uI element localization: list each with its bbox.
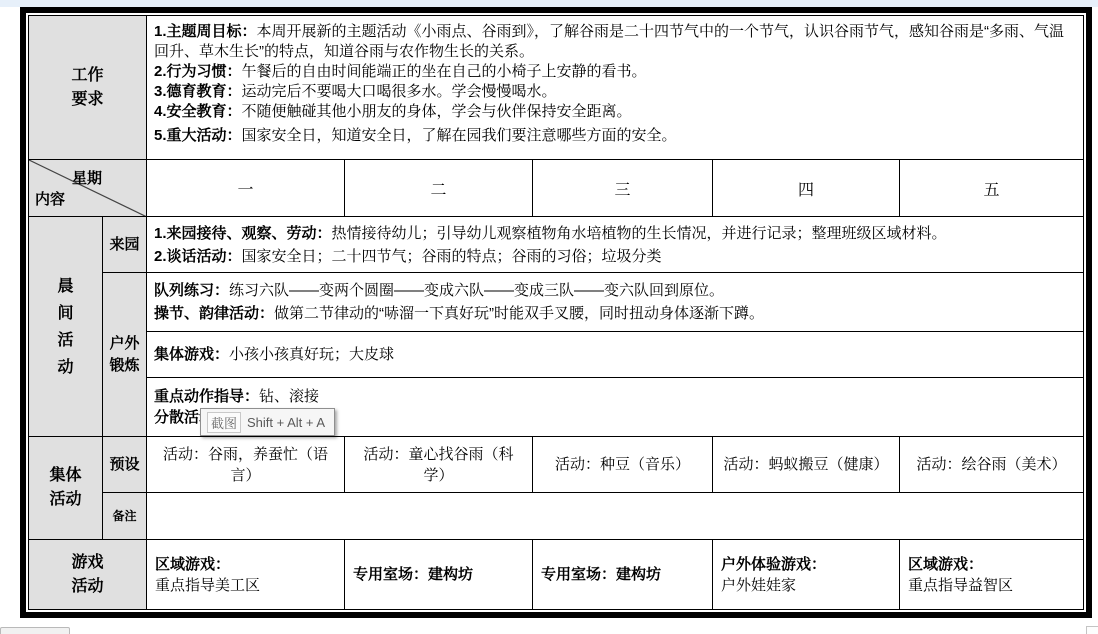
drill-item: 队列练习：练习六队——变两个圆圈——变成六队——变成三队——变六队回到原位。 bbox=[154, 279, 1076, 302]
preset-cell-tue: 活动：童心找谷雨（科学） bbox=[345, 437, 533, 493]
arrival-content-cell: 1.来园接待、观察、劳动：热情接待幼儿；引导幼儿观察植物角水培植物的生长情况，并… bbox=[147, 217, 1083, 273]
work-item-text: 运动完后不要喝大口喝很多水。学会慢慢喝水。 bbox=[242, 83, 557, 100]
work-item: 3.德育教育：运动完后不要喝大口喝很多水。学会慢慢喝水。 bbox=[154, 82, 1076, 102]
arrival-item: 2.谈话活动：国家安全日；二十四节气；谷雨的特点；谷雨的习俗；垃圾分类 bbox=[154, 245, 1076, 268]
games-label-line2: 活动 bbox=[71, 575, 103, 599]
day-header-wed: 三 bbox=[533, 160, 713, 217]
work-item-text: 国家安全日，知道安全日，了解在园我们要注意哪些方面的安全。 bbox=[242, 127, 677, 144]
preset-label: 预设 bbox=[109, 454, 139, 476]
note-label-cell: 备注 bbox=[103, 493, 147, 540]
games-label-line1: 游戏 bbox=[71, 551, 103, 575]
work-requirements-content-cell: 1.主题周目标：本周开展新的主题活动《小雨点、谷雨到》，了解谷雨是二十四节气中的… bbox=[147, 16, 1083, 160]
screenshot-shortcut-text: Shift + Alt + A bbox=[247, 415, 325, 430]
screenshot-chip-label: 截图 bbox=[207, 412, 241, 433]
key-action-label: 重点动作指导： bbox=[154, 388, 259, 405]
drill-item-label: 操节、韵律活动： bbox=[154, 305, 274, 322]
window-top-strip bbox=[0, 0, 1098, 7]
morning-label-char: 间 bbox=[57, 300, 73, 327]
drill-item: 操节、韵律活动：做第二节律动的“哧溜一下真好玩”时能双手叉腰，同时扭动身体逐渐下… bbox=[154, 302, 1076, 325]
drill-item-text: 练习六队——变两个圆圈——变成六队——变成三队——变六队回到原位。 bbox=[229, 282, 724, 299]
group-game-label: 集体游戏： bbox=[154, 346, 229, 363]
note-label: 备注 bbox=[112, 508, 136, 524]
weekly-plan-table-frame: 工作 要求 1.主题周目标：本周开展新的主题活动《小雨点、谷雨到》，了解谷雨是二… bbox=[20, 7, 1092, 618]
arrival-item: 1.来园接待、观察、劳动：热情接待幼儿；引导幼儿观察植物角水培植物的生长情况，并… bbox=[154, 222, 1076, 245]
preset-cell-thu: 活动：蚂蚁搬豆（健康） bbox=[713, 437, 900, 493]
week-header-label: 星期 bbox=[72, 167, 102, 188]
group-game-text: 小孩小孩真好玩；大皮球 bbox=[229, 346, 394, 363]
arrival-label: 来园 bbox=[109, 234, 139, 256]
work-item-text: 不随便触碰其他小朋友的身体，学会与伙伴保持安全距离。 bbox=[242, 103, 632, 120]
preset-cell-mon: 活动：谷雨，养蚕忙（语言） bbox=[147, 437, 345, 493]
work-item: 1.主题周目标：本周开展新的主题活动《小雨点、谷雨到》，了解谷雨是二十四节气中的… bbox=[154, 22, 1076, 62]
outdoor-exercise-label-cell: 户外 锻炼 bbox=[103, 273, 147, 437]
group-game-content-cell: 集体游戏：小孩小孩真好玩；大皮球 bbox=[147, 332, 1083, 378]
key-action-item: 重点动作指导：钻、滚接 bbox=[154, 386, 1076, 407]
arrival-item-text: 热情接待幼儿；引导幼儿观察植物角水培植物的生长情况，并进行记录；整理班级区域材料… bbox=[332, 225, 947, 242]
game-cell-fri: 区域游戏： 重点指导益智区 bbox=[900, 540, 1083, 609]
game-detail: 户外娃娃家 bbox=[721, 575, 796, 596]
group-game-item: 集体游戏：小孩小孩真好玩；大皮球 bbox=[154, 343, 1076, 366]
key-action-text: 钻、滚接 bbox=[259, 388, 319, 405]
game-detail: 重点指导益智区 bbox=[908, 575, 1013, 596]
day-header-fri: 五 bbox=[900, 160, 1083, 217]
note-content-cell bbox=[147, 493, 1083, 540]
game-cell-mon: 区域游戏： 重点指导美工区 bbox=[147, 540, 345, 609]
game-cell-thu: 户外体验游戏： 户外娃娃家 bbox=[713, 540, 900, 609]
document-page: 工作 要求 1.主题周目标：本周开展新的主题活动《小雨点、谷雨到》，了解谷雨是二… bbox=[0, 0, 1098, 634]
content-header-label: 内容 bbox=[35, 188, 65, 209]
collective-activity-label-cell: 集体 活动 bbox=[29, 437, 103, 540]
bottom-right-ui-fragment bbox=[1086, 626, 1098, 634]
drill-content-cell: 队列练习：练习六队——变两个圆圈——变成六队——变成三队——变六队回到原位。 操… bbox=[147, 273, 1083, 332]
morning-activity-label-cell: 晨 间 活 动 bbox=[29, 217, 103, 437]
arrival-item-label: 1.来园接待、观察、劳动： bbox=[154, 225, 332, 242]
work-item: 4.安全教育：不随便触碰其他小朋友的身体，学会与伙伴保持安全距离。 bbox=[154, 102, 1076, 122]
preset-cell-wed: 活动：种豆（音乐） bbox=[533, 437, 713, 493]
day-header-tue: 二 bbox=[345, 160, 533, 217]
work-item-text: 本周开展新的主题活动《小雨点、谷雨到》，了解谷雨是二十四节气中的一个节气，认识谷… bbox=[154, 23, 1064, 60]
work-requirements-label-cell: 工作 要求 bbox=[29, 16, 147, 160]
morning-label-char: 活 bbox=[57, 327, 73, 354]
day-header-thu: 四 bbox=[713, 160, 900, 217]
drill-item-text: 做第二节律动的“哧溜一下真好玩”时能双手叉腰，同时扭动身体逐渐下蹲。 bbox=[274, 305, 764, 322]
arrival-item-text: 国家安全日；二十四节气；谷雨的特点；谷雨的习俗；垃圾分类 bbox=[242, 248, 662, 265]
day-header-mon: 一 bbox=[147, 160, 345, 217]
arrival-item-label: 2.谈话活动： bbox=[154, 248, 242, 265]
outdoor-label-line2: 锻炼 bbox=[109, 355, 139, 377]
screenshot-shortcut-tooltip: 截图 Shift + Alt + A bbox=[200, 408, 335, 436]
game-cell-wed: 专用室场：建构坊 bbox=[533, 540, 713, 609]
game-detail: 重点指导美工区 bbox=[155, 575, 260, 596]
work-item-label: 5.重大活动： bbox=[154, 127, 242, 144]
week-content-diagonal-cell: 星期 内容 bbox=[29, 160, 147, 217]
work-item-text: 午餐后的自由时间能端正的坐在自己的小椅子上安静的看书。 bbox=[242, 63, 647, 80]
game-title: 区域游戏： bbox=[908, 554, 983, 575]
arrival-label-cell: 来园 bbox=[103, 217, 147, 273]
work-requirements-label-line2: 要求 bbox=[71, 88, 103, 112]
game-title: 区域游戏： bbox=[155, 554, 230, 575]
work-item-label: 1.主题周目标： bbox=[154, 23, 257, 40]
morning-label-char: 晨 bbox=[57, 273, 73, 300]
collective-label-line2: 活动 bbox=[49, 488, 81, 512]
preset-cell-fri: 活动：绘谷雨（美术） bbox=[900, 437, 1083, 493]
collective-label-line1: 集体 bbox=[49, 464, 81, 488]
game-cell-tue: 专用室场：建构坊 bbox=[345, 540, 533, 609]
morning-label-char: 动 bbox=[57, 354, 73, 381]
work-item-label: 4.安全教育： bbox=[154, 103, 242, 120]
outdoor-label-line1: 户外 bbox=[109, 333, 139, 355]
work-requirements-label-line1: 工作 bbox=[71, 64, 103, 88]
bottom-left-ui-fragment bbox=[0, 627, 70, 634]
games-activity-label-cell: 游戏 活动 bbox=[29, 540, 147, 609]
weekly-plan-table: 工作 要求 1.主题周目标：本周开展新的主题活动《小雨点、谷雨到》，了解谷雨是二… bbox=[28, 15, 1084, 610]
work-item-label: 2.行为习惯： bbox=[154, 63, 242, 80]
preset-label-cell: 预设 bbox=[103, 437, 147, 493]
game-title: 户外体验游戏： bbox=[721, 554, 826, 575]
game-title: 专用室场：建构坊 bbox=[541, 564, 661, 585]
work-item: 2.行为习惯：午餐后的自由时间能端正的坐在自己的小椅子上安静的看书。 bbox=[154, 62, 1076, 82]
drill-item-label: 队列练习： bbox=[154, 282, 229, 299]
work-item: 5.重大活动：国家安全日，知道安全日，了解在园我们要注意哪些方面的安全。 bbox=[154, 126, 1076, 146]
work-item-label: 3.德育教育： bbox=[154, 83, 242, 100]
game-title: 专用室场：建构坊 bbox=[353, 564, 473, 585]
